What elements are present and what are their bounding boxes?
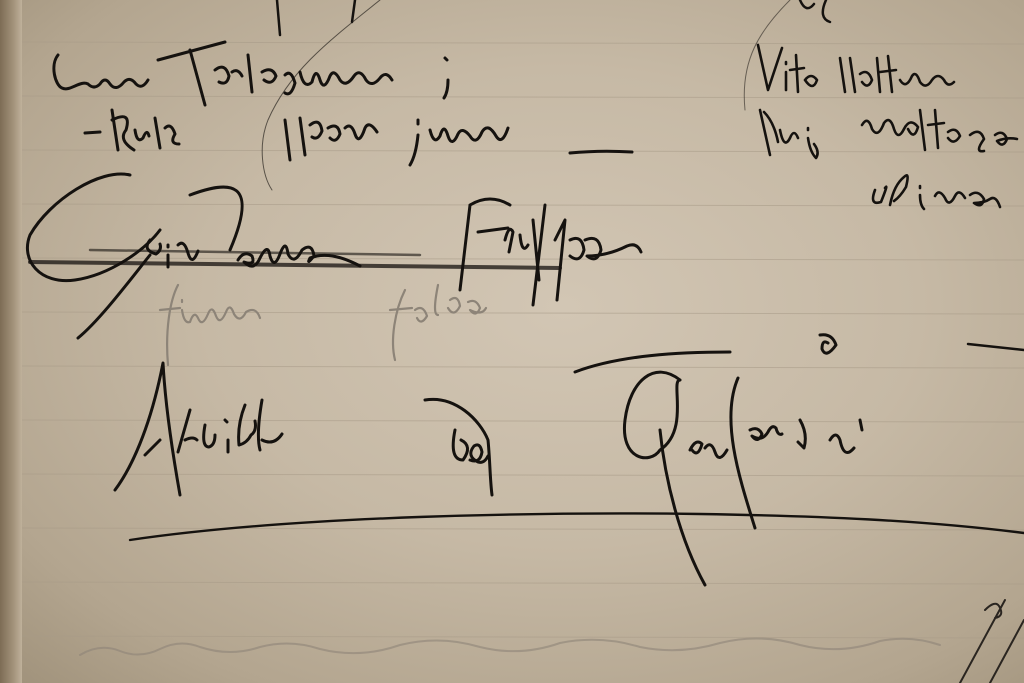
signature-nina — [873, 175, 1000, 209]
right-edge-dash — [968, 344, 1024, 350]
signature-maria-maltese — [760, 110, 1017, 158]
signature-lucia-portoghese — [54, 42, 448, 105]
handwriting-layer — [0, 0, 1024, 683]
signature-alcide-de-gasperi — [115, 335, 1024, 585]
signature-ciaravella-filippo — [27, 174, 641, 338]
annotation-firma-falsa — [160, 285, 486, 365]
signature-rita-morrino — [85, 110, 632, 165]
pencil-wave-line — [80, 638, 940, 655]
corner-stroke — [960, 600, 1024, 683]
ledger-page: Lucia Portoghese Rita Morrino Vito Malte… — [0, 0, 1024, 683]
right-thin-curve — [744, 0, 790, 110]
top-fragment-strokes — [277, 0, 830, 35]
signature-vito-maltese — [758, 45, 954, 92]
